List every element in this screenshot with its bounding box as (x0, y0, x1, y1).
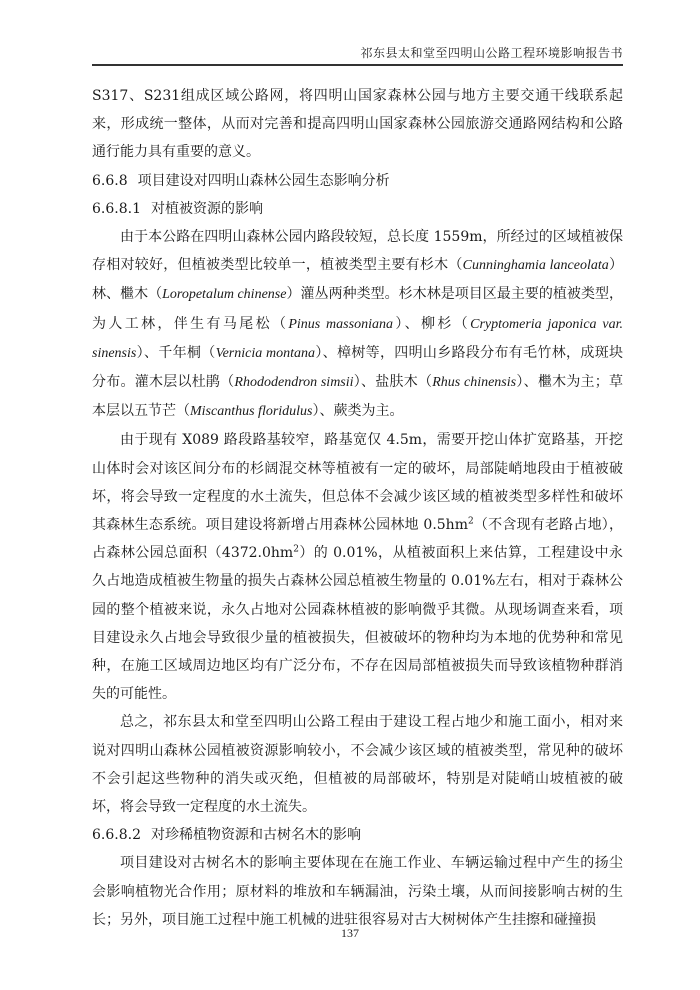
species-name: Vernicia montana (216, 346, 315, 361)
section-heading-6-6-8-2: 6.6.8.2对珍稀植物资源和古树名木的影响 (92, 821, 623, 849)
text-run: ）、柳杉（ (393, 316, 470, 332)
species-name: Miscanthus floridulus (190, 404, 313, 419)
species-name: Cunninghamia lanceolata (463, 258, 609, 273)
text-run: ）、盐肤木（ (354, 374, 433, 390)
text-run: ）、蕨类为主。 (313, 403, 404, 419)
section-title: 项目建设对四明山森林公园生态影响分析 (138, 173, 390, 189)
document-title: 祁东县太和堂至四明山公路工程环境影响报告书 (360, 44, 623, 61)
section-number: 6.6.8.1 (92, 195, 141, 223)
paragraph-vegetation-types: 由于本公路在四明山森林公园内路段较短，总长度 1559m，所经过的区域植被保存相… (92, 223, 623, 426)
section-title: 对植被资源的影响 (151, 201, 263, 217)
paragraph-ancient-trees: 项目建设对古树名木的影响主要体现在在施工作业、车辆运输过程中产生的扬尘会影响植物… (92, 849, 623, 934)
section-heading-6-6-8: 6.6.8项目建设对四明山森林公园生态影响分析 (92, 167, 623, 195)
paragraph-summary: 总之，祁东县太和堂至四明山公路工程由于建设工程占地少和施工面小，相对来说对四明山… (92, 708, 623, 821)
species-name: Loropetalum chinense (162, 287, 286, 302)
paragraph-continued: S317、S231组成区域公路网，将四明山国家森林公园与地方主要交通干线联系起来… (92, 82, 623, 167)
page-header: 祁东县太和堂至四明山公路工程环境影响报告书 (92, 42, 623, 66)
species-name: Rhus chinensis (432, 375, 516, 390)
species-name: Rhododendron simsii (234, 375, 353, 390)
section-number: 6.6.8.2 (92, 821, 141, 849)
page-number: 137 (0, 926, 700, 941)
text-run: ）的 0.01%，从植被面积上来估算，工程建设中永久占地造成植被生物量的损失占森… (92, 545, 623, 702)
text-run: ）、千年桐（ (136, 345, 215, 361)
section-title: 对珍稀植物资源和古树名木的影响 (151, 827, 361, 843)
species-name: Pinus massoniana (288, 317, 393, 332)
document-body: S317、S231组成区域公路网，将四明山国家森林公园与地方主要交通干线联系起来… (92, 82, 623, 934)
paragraph-land-occupation: 由于现有 X089 路段路基较窄，路基宽仅 4.5m，需要开挖山体扩宽路基，开挖… (92, 426, 623, 708)
section-heading-6-6-8-1: 6.6.8.1对植被资源的影响 (92, 195, 623, 223)
section-number: 6.6.8 (92, 167, 128, 195)
